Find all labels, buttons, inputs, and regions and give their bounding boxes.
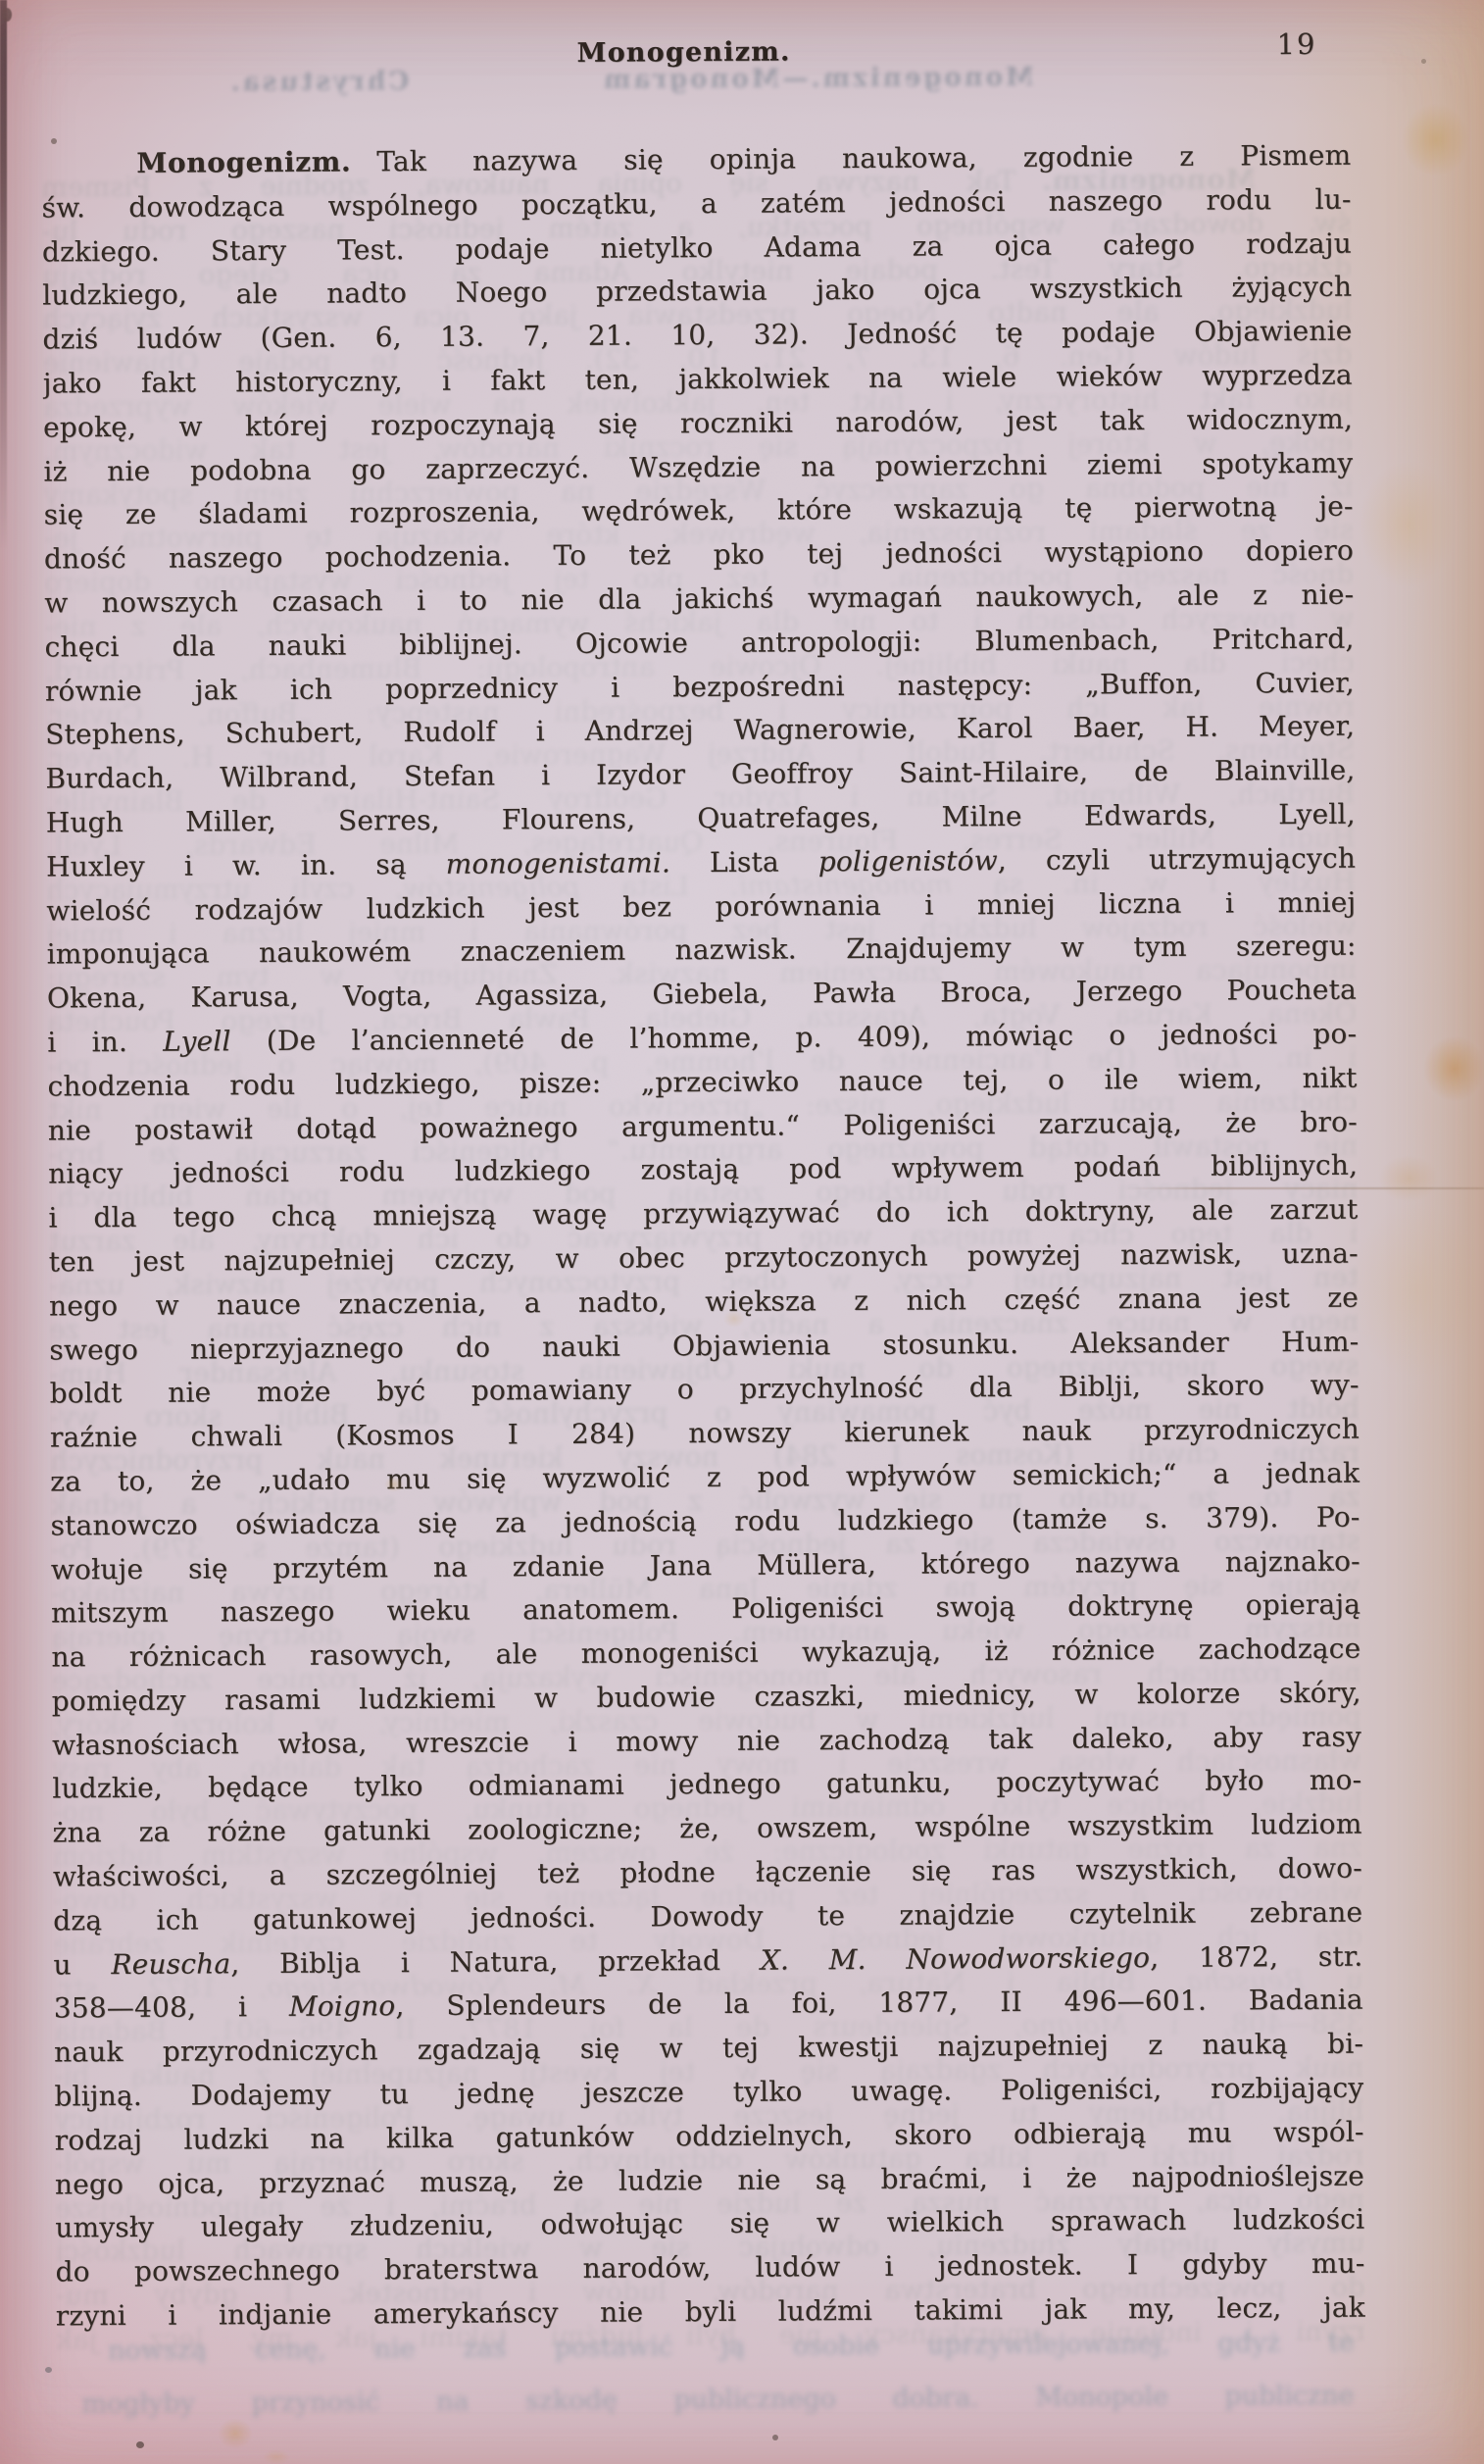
text-segment: do powszechnego braterstwa narodów, ludó… bbox=[55, 2247, 1364, 2288]
text-segment: św. dowodząca wspólnego początku, a zaté… bbox=[41, 182, 1351, 224]
ink-speck bbox=[1421, 59, 1426, 64]
text-segment: Okena, Karusa, Vogta, Agassiza, Giebela,… bbox=[47, 974, 1357, 1015]
text-segment: dziś ludów (Gen. 6, 13. 7, 21. 10, 32). … bbox=[42, 315, 1352, 356]
text-segment: wołuje się przytém na zdanie Jana Müller… bbox=[51, 1544, 1360, 1585]
text-line: stanowczo oświadcza się za jednością rod… bbox=[50, 1495, 1360, 1548]
running-head: Monogenizm. bbox=[28, 33, 1338, 73]
stain bbox=[1423, 1035, 1484, 1102]
text-segment: właściwości, a szczególniej też płodne ł… bbox=[53, 1852, 1362, 1893]
text-segment: u bbox=[53, 1948, 111, 1981]
text-segment: , czyli utrzymujących bbox=[998, 841, 1356, 876]
text-segment: nauk przyrodniczych zgadzają się w tej k… bbox=[54, 2028, 1363, 2069]
text-segment: Lista bbox=[670, 845, 818, 879]
page-number: 19 bbox=[1276, 27, 1316, 61]
ink-speck bbox=[772, 2435, 778, 2440]
text-segment: Moigno bbox=[289, 1990, 396, 2024]
text-segment: się ze śladami rozproszenia, wędrówek, k… bbox=[44, 490, 1354, 531]
text-segment: stanowczo oświadcza się za jednością rod… bbox=[50, 1500, 1360, 1541]
text-segment: ten jest najzupełniej czczy, w obec przy… bbox=[49, 1237, 1359, 1279]
stain bbox=[1351, 1204, 1484, 1377]
paper-crease bbox=[1125, 1187, 1484, 1189]
text-segment: Huxley i w. in. są bbox=[46, 848, 446, 883]
text-segment: żna za różne gatunki zoologiczne; że, ow… bbox=[52, 1808, 1361, 1849]
text-segment: (De l’ancienneté de l’homme, p. 409), mó… bbox=[231, 1018, 1358, 1058]
text-segment: dzkiego. Stary Test. podaje nietylko Ada… bbox=[42, 226, 1352, 268]
text-segment: jako fakt historyczny, i fakt ten, jakko… bbox=[43, 359, 1353, 400]
text-segment: Burdach, Wilbrand, Stefan i Izydor Geoff… bbox=[45, 754, 1355, 795]
ink-speck bbox=[2, 8, 12, 22]
text-segment: i dla tego chcą mniejszą wagę przywiązyw… bbox=[48, 1193, 1358, 1234]
text-segment: mitszym naszego wieku anatomem. Poligeni… bbox=[51, 1588, 1360, 1630]
text-segment: nego ojca, przyznać muszą, że ludzie nie… bbox=[55, 2159, 1364, 2200]
text-line: rzyni i indjanie amerykańscy nie byli lu… bbox=[56, 2287, 1365, 2339]
stain bbox=[384, 1477, 404, 1492]
text-segment: wielość rodzajów ludzkich jest bez porów… bbox=[46, 885, 1356, 927]
text-segment: , Splendeurs de la foi, 1877, II 496—601… bbox=[395, 1984, 1363, 2023]
text-segment: nego w nauce znaczenia, a nadto, większa… bbox=[49, 1281, 1359, 1322]
text-segment: ludzkie, będące tylko odmianami jednego … bbox=[52, 1764, 1361, 1805]
stain bbox=[1359, 461, 1457, 588]
scanned-page: Monogenizm.—Monogram Chrystusa. Monogeni… bbox=[0, 0, 1484, 2464]
text-segment: chodzenia rodu ludzkiego, pisze: „przeci… bbox=[47, 1061, 1357, 1102]
text-segment: na różnicach rasowych, ale monogeniści w… bbox=[51, 1633, 1360, 1674]
text-segment: dność naszego pochodzenia. To też pko te… bbox=[44, 534, 1354, 576]
text-segment: i in. bbox=[47, 1026, 163, 1059]
text-segment: Lyell bbox=[163, 1025, 231, 1057]
text-segment: epokę, w której rozpoczynają się rocznik… bbox=[43, 402, 1353, 443]
text-segment: , 1872, str. bbox=[1150, 1939, 1363, 1973]
text-segment: umysły ulegały złudzeniu, odwołując się … bbox=[55, 2203, 1364, 2244]
text-segment: nie postawił dotąd poważnego argumentu.“… bbox=[48, 1105, 1358, 1146]
text-segment: Reuscha bbox=[111, 1947, 230, 1981]
text-segment: swego nieprzyjaznego do nauki Objawienia… bbox=[49, 1325, 1359, 1366]
text-segment: chęci dla nauki biblijnej. Ojcowie antro… bbox=[44, 622, 1354, 663]
text-segment: raźnie chwali (Kosmos I 284) nowszy kier… bbox=[50, 1413, 1360, 1454]
stain bbox=[723, 1310, 745, 1328]
text-segment: równie jak ich poprzednicy i bezpośredni… bbox=[45, 666, 1355, 707]
text-segment: rzyni i indjanie amerykańscy nie byli lu… bbox=[56, 2291, 1365, 2333]
text-segment: ludzkiego, ale nadto Noego przedstawia j… bbox=[42, 271, 1352, 312]
ghost-bottom-line-2: mogłyby przynosić na szkodę publicznego … bbox=[81, 2377, 1354, 2425]
scan-edge-shadow bbox=[0, 0, 7, 549]
ink-speck bbox=[51, 138, 57, 144]
ink-speck bbox=[45, 2367, 52, 2373]
ink-speck bbox=[136, 2441, 144, 2448]
text-segment: Hugh Miller, Serres, Flourens, Quatrefag… bbox=[46, 798, 1356, 839]
text-segment: iż nie podobna go zaprzeczyć. Wszędzie n… bbox=[43, 446, 1353, 487]
body-text: Monogenizm.Tak nazywa się opinja naukowa… bbox=[41, 134, 1365, 2339]
text-segment: w nowszych czasach i to nie dla jakichś … bbox=[44, 578, 1354, 620]
text-segment: blijną. Dodajemy tu jednę jeszcze tylko … bbox=[54, 2072, 1363, 2113]
text-segment: Stephens, Schubert, Rudolf i Andrzej Wag… bbox=[45, 710, 1355, 751]
stain bbox=[1402, 103, 1470, 176]
text-segment: za to, że „udało mu się wyzwolić z pod w… bbox=[50, 1457, 1360, 1498]
text-segment: X. M. Nowodworskiego bbox=[761, 1941, 1151, 1977]
text-segment: rodzaj ludzki na kilka gatunków oddzieln… bbox=[55, 2115, 1364, 2156]
text-segment: poligenistów bbox=[818, 844, 998, 878]
text-segment: imponująca naukowém znaczeniem nazwisk. … bbox=[47, 930, 1357, 971]
text-segment: monogenistami. bbox=[446, 846, 671, 880]
text-segment: własnościach włosa, wreszcie i mowy nie … bbox=[52, 1720, 1361, 1761]
text-segment: pomiędzy rasami ludzkiemi w budowie czas… bbox=[52, 1677, 1361, 1718]
text-segment: niący jedności rodu ludzkiego zostają po… bbox=[48, 1149, 1358, 1190]
stain bbox=[218, 2418, 253, 2449]
text-segment: Tak nazywa się opinja naukowa, zgodnie z… bbox=[376, 139, 1351, 178]
text-segment: Monogenizm. bbox=[136, 145, 351, 178]
text-segment: , Biblja i Natura, przekład bbox=[230, 1943, 761, 1980]
text-segment: 358—408, i bbox=[54, 1990, 289, 2025]
stain bbox=[1378, 1155, 1439, 1202]
text-segment: boldt nie może być pomawiany o przychyln… bbox=[50, 1369, 1360, 1410]
stain bbox=[263, 2449, 290, 2464]
text-segment: dzą ich gatunkowej jedności. Dowody te z… bbox=[53, 1895, 1362, 1936]
